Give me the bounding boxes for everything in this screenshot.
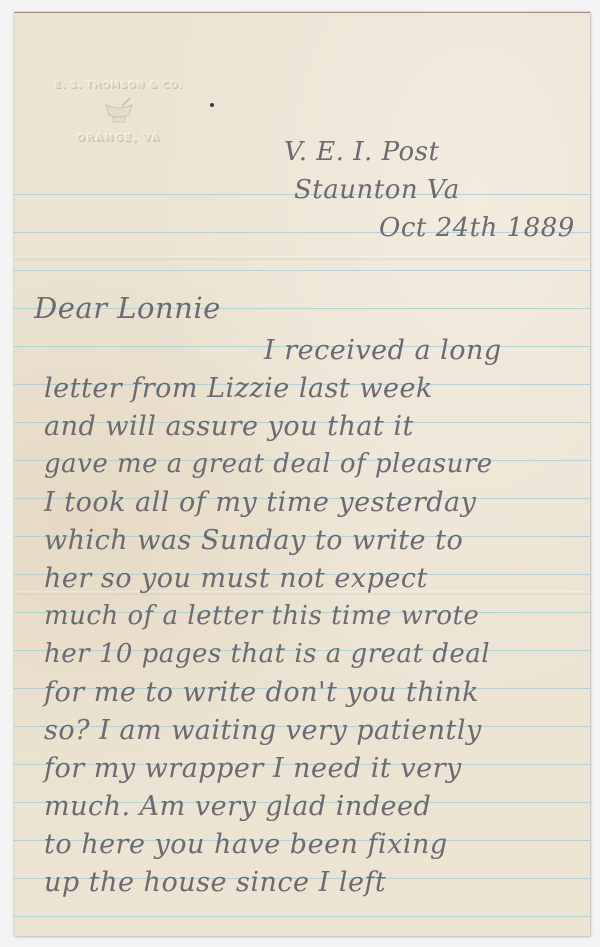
body-line: much of a letter this time wrote [44,601,479,631]
paper-fold [14,256,590,260]
salutation: Dear Lonnie [34,291,221,325]
body-line: much. Am very glad indeed [44,791,431,822]
header-date: Oct 24th 1889 [379,213,575,243]
body-line: gave me a great deal of pleasure [44,449,493,479]
body-line: for me to write don't you think [44,677,479,708]
mortar-and-pestle-icon [102,97,136,134]
header-line-2: Staunton Va [294,175,460,205]
letterhead-city: ORANGE, VA [54,133,184,144]
embossed-letterhead: E. S. THOMSON & CO. ORANGE, VA [54,71,184,156]
body-line: which was Sunday to write to [44,525,463,556]
header-line-1: V. E. I. Post [284,137,439,167]
ruled-line [14,916,590,917]
ink-spot [210,103,214,107]
body-line: up the house since I left [44,867,386,898]
body-line: letter from Lizzie last week [44,373,433,404]
body-line: I took all of my time yesterday [44,487,476,518]
ruled-line [14,270,590,271]
body-line: her 10 pages that is a great deal [44,639,490,669]
body-line: and will assure you that it [44,411,414,442]
body-line: I received a long [264,335,502,366]
letterhead-firm: E. S. THOMSON & CO. [54,81,184,91]
body-line: so? I am waiting very patiently [44,715,482,746]
body-line: to here you have been fixing [44,829,448,860]
body-line: for my wrapper I need it very [44,753,462,784]
body-line: her so you must not expect [44,563,428,594]
letter-page: E. S. THOMSON & CO. ORANGE, VA V. E. I. … [14,12,590,936]
